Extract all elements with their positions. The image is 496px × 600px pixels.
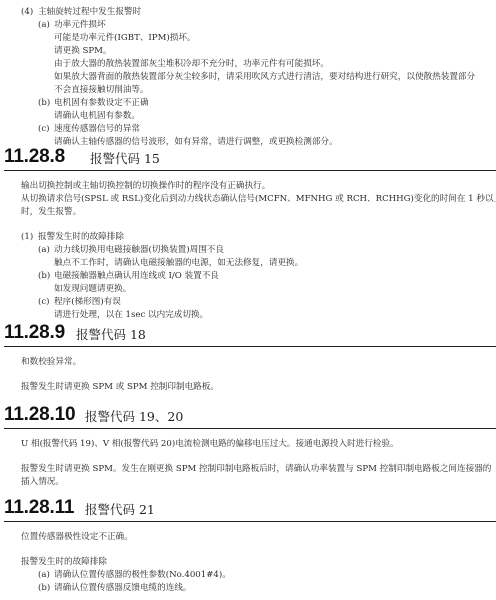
paragraph-line: 报警发生时请更换 SPM。发生在刚更换 SPM 控制印制电路板后时，请确认功率装… (21, 463, 491, 476)
item-label: (a) (38, 244, 54, 257)
item-text: 报警发生时的故障排除 (38, 232, 124, 242)
paragraph-line: 输出切换控制或主轴切换控制的切换操作时的程序没有正确执行。 (21, 180, 270, 193)
section-title: 报警代码 18 (76, 327, 146, 343)
paragraph-line: 时，发生报警。 (21, 206, 81, 219)
item-title: 电磁接触器触点确认用连线或 I/O 装置不良 (54, 271, 219, 281)
item-label: (c) (38, 123, 54, 136)
section-heading-11-28-9: 11.28.9 报警代码 18 (4, 322, 496, 347)
item-label: (b) (38, 582, 54, 595)
manual-page: (4)主轴旋转过程中发生报警时 (a)功率元件损坏 可能是功率元件(IGBT、I… (0, 0, 496, 600)
item-label: (b) (38, 270, 54, 283)
paragraph-line: 插入情况。 (21, 476, 64, 489)
section-title: 报警代码 21 (85, 502, 155, 518)
section-title: 报警代码 15 (90, 151, 160, 167)
list-item-c: (c)速度传感器信号的异常 (38, 123, 140, 136)
paragraph-line: 如果放大器背面的散热装置部分灰尘较多时，请采用吹风方式进行清洁，要对结构进行研究… (54, 71, 475, 84)
item-label: (a) (38, 19, 54, 32)
list-item-a: (a)请确认位置传感器的极性参数(No.4001#4)。 (38, 569, 231, 582)
paragraph-line: 请进行处理，以在 1sec 以内完成切换。 (54, 309, 208, 322)
item-title: 功率元件损坏 (54, 20, 106, 30)
paragraph-line: 如发现问题请更换。 (54, 283, 131, 296)
paragraph-line: 由于放大器的散热装置部灰尘堆积冷却不充分时，功率元件有可能损坏。 (54, 58, 329, 71)
paragraph-line: 报警发生时请更换 SPM 或 SPM 控制印制电路板。 (21, 381, 219, 394)
section-number: 11.28.9 (4, 323, 65, 343)
paragraph-line: 请确认电机固有参数。 (54, 110, 140, 123)
item-title: 动力线切换用电磁接触器(切换装置)周围不良 (54, 245, 224, 255)
section-number: 11.28.11 (4, 498, 74, 518)
item-text: 请确认位置传感器的极性参数(No.4001#4)。 (54, 570, 231, 580)
paragraph-line: 触点不工作时，请确认电磁接触器的电源，如无法修复，请更换。 (54, 257, 303, 270)
list-item-a: (a)动力线切换用电磁接触器(切换装置)周围不良 (38, 244, 224, 257)
paragraph-line: 不会直接接触切削油等。 (54, 84, 149, 97)
section-title: 报警代码 19、20 (85, 409, 183, 425)
paragraph-line: 报警发生时的故障排除 (21, 556, 107, 569)
paragraph-line: U 相(报警代码 19)、V 相(报警代码 20)电流检测电路的偏移电压过大。接… (21, 438, 399, 451)
item-title: 速度传感器信号的异常 (54, 124, 140, 134)
list-item-c: (c)程序(梯形图)有误 (38, 296, 121, 309)
item-title: 电机固有参数设定不正确 (54, 98, 149, 108)
list-item-b: (b)电磁接触器触点确认用连线或 I/O 装置不良 (38, 270, 219, 283)
item-label: (4) (21, 6, 38, 19)
section-number: 11.28.10 (4, 405, 75, 425)
paragraph-line: 从切换请求信号(SPSL 或 RSL)变化后到动力线状态确认信号(MCFN、MF… (21, 193, 496, 206)
section-heading-11-28-8: 11.28.8 报警代码 15 (4, 146, 496, 171)
paragraph-line: 请更换 SPM。 (54, 45, 112, 58)
paragraph-line: 可能是功率元件(IGBT、IPM)损坏。 (54, 32, 196, 45)
item-label: (c) (38, 296, 54, 309)
list-item-1: (1)报警发生时的故障排除 (21, 231, 124, 244)
item-text: 请确认位置传感器反馈电缆的连线。 (54, 583, 192, 593)
item-label: (a) (38, 569, 54, 582)
list-item-a: (a)功率元件损坏 (38, 19, 106, 32)
item-label: (1) (21, 231, 38, 244)
paragraph-line: 和数校验异常。 (21, 356, 81, 369)
list-item-b: (b)电机固有参数设定不正确 (38, 97, 149, 110)
list-item-b: (b)请确认位置传感器反馈电缆的连线。 (38, 582, 192, 595)
paragraph-line: 位置传感器极性设定不正确。 (21, 531, 133, 544)
list-item-4: (4)主轴旋转过程中发生报警时 (21, 6, 141, 19)
section-heading-11-28-10: 11.28.10 报警代码 19、20 (4, 404, 496, 429)
item-title: 程序(梯形图)有误 (54, 297, 121, 307)
section-heading-11-28-11: 11.28.11 报警代码 21 (4, 497, 496, 522)
item-label: (b) (38, 97, 54, 110)
section-number: 11.28.8 (4, 147, 65, 167)
item-text: 主轴旋转过程中发生报警时 (38, 7, 141, 17)
